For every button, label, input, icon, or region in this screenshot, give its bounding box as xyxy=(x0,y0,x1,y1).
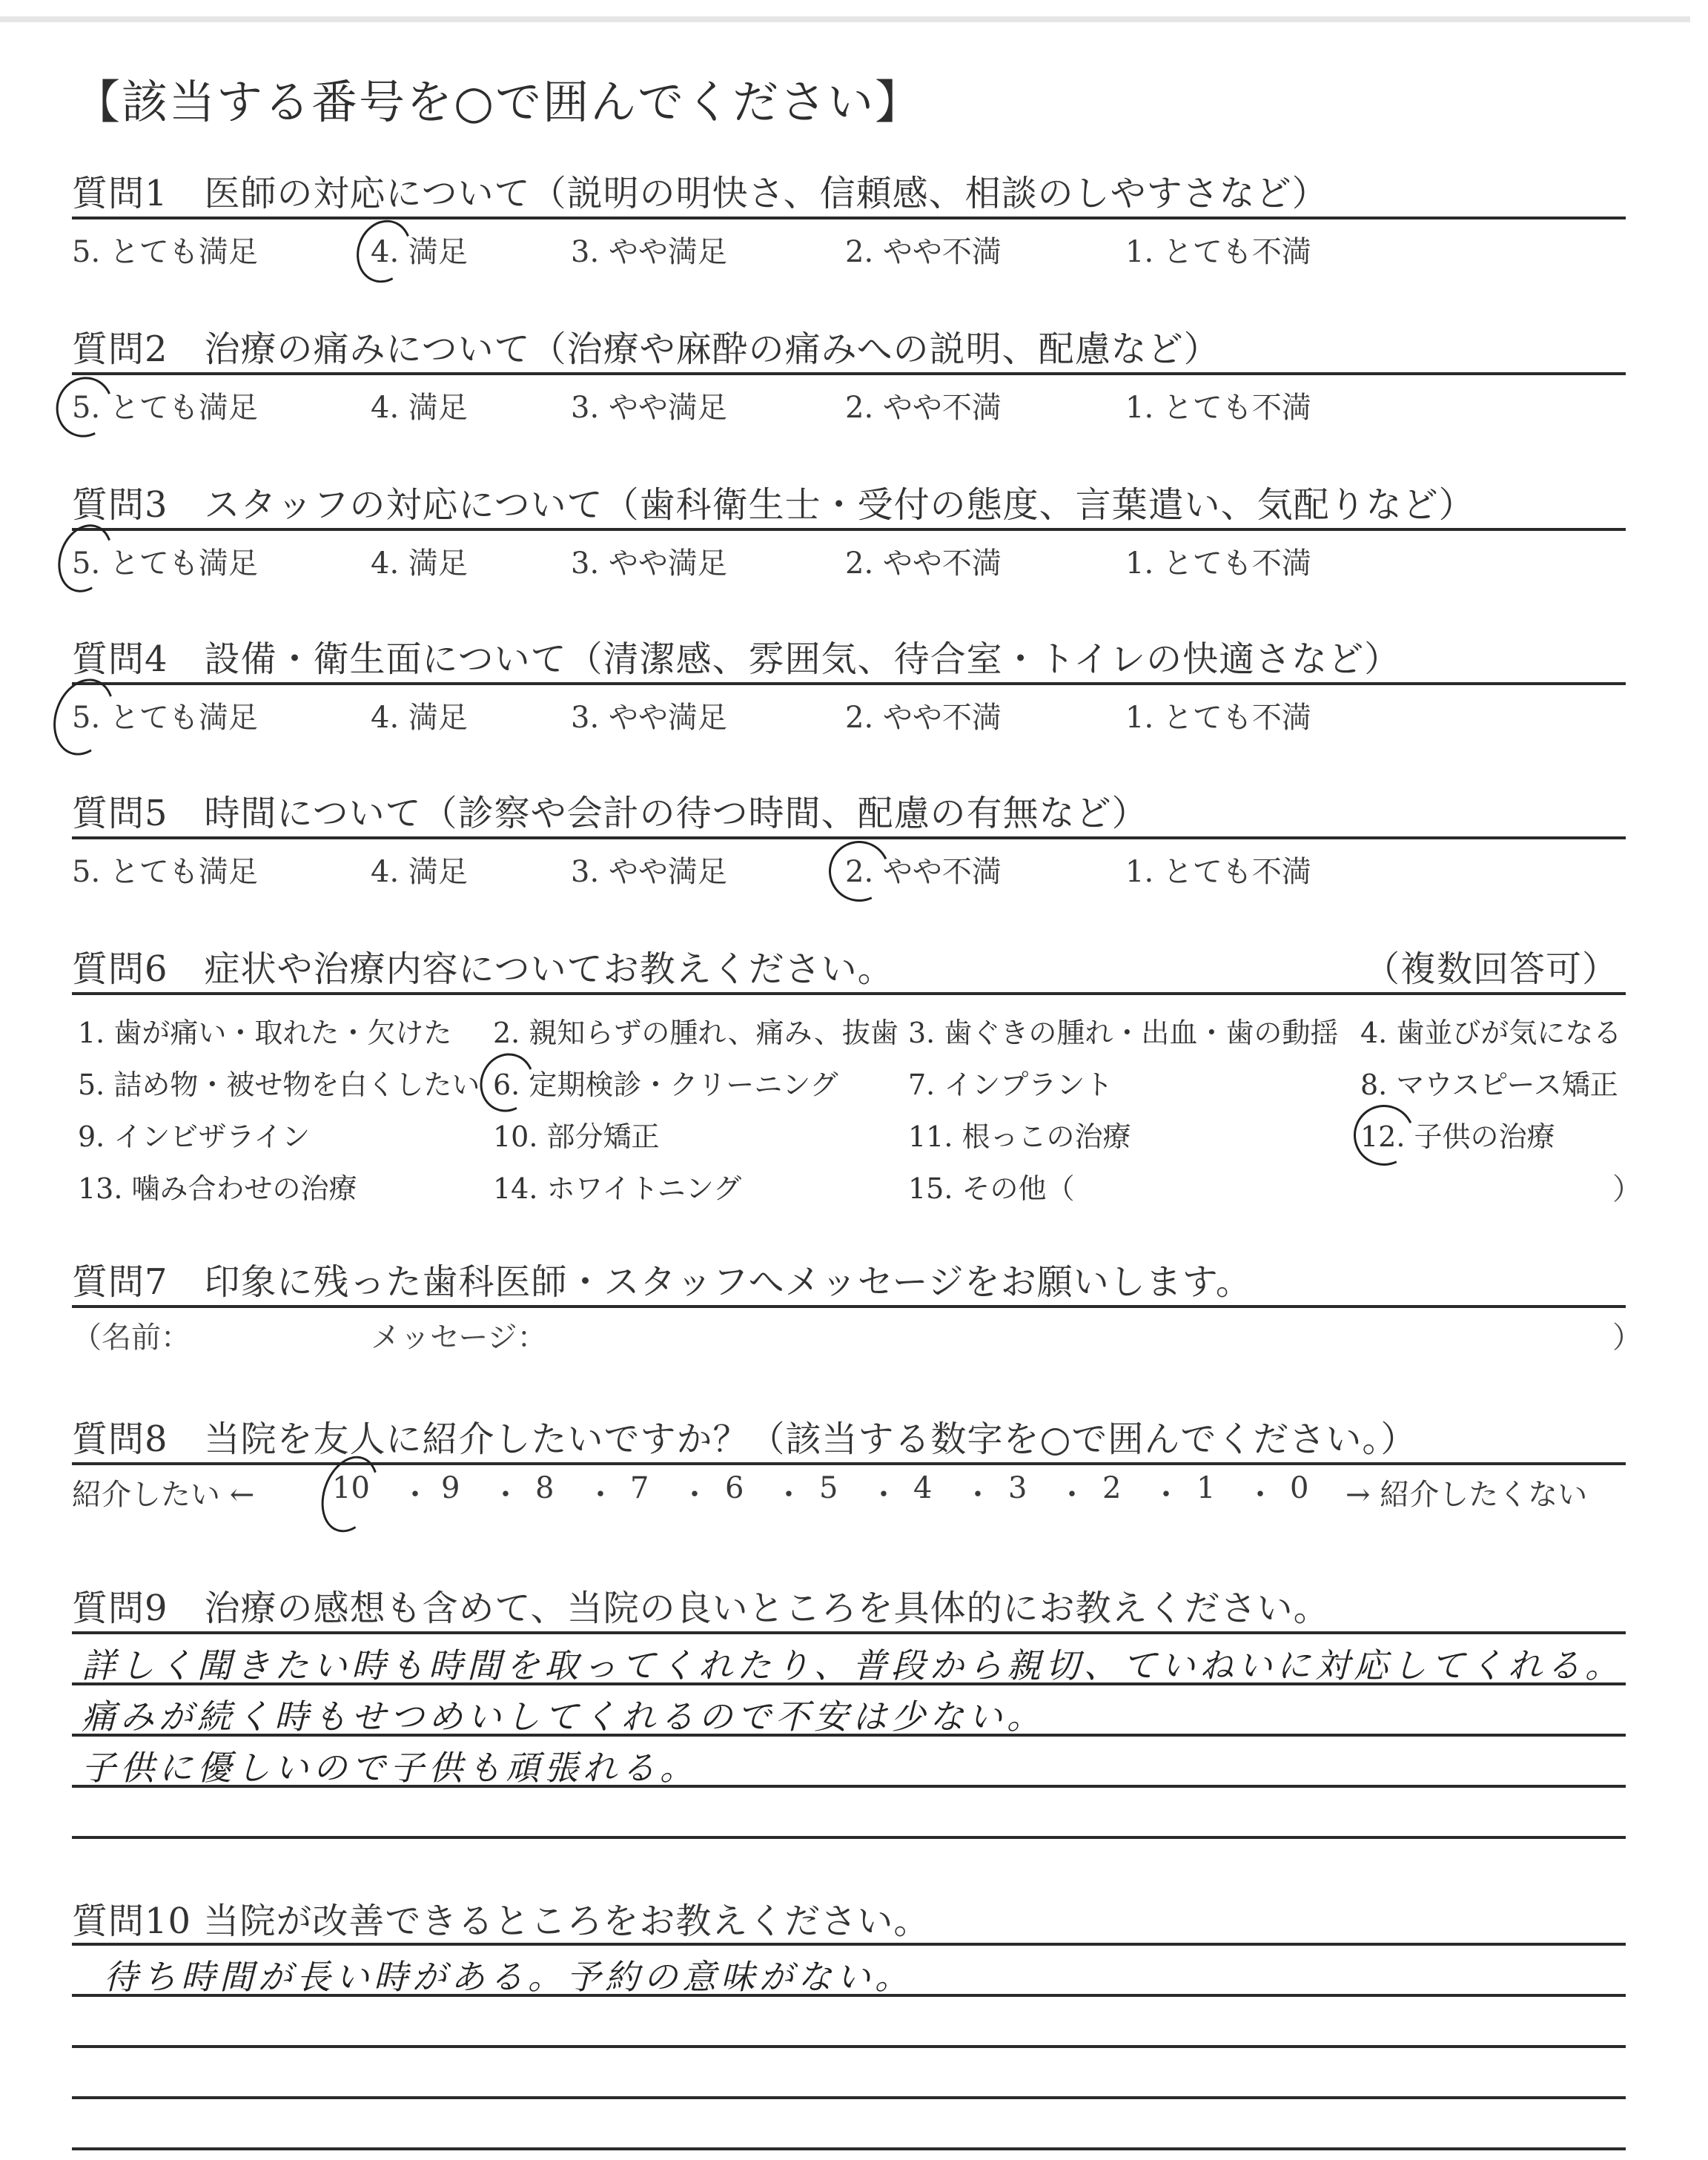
divider xyxy=(72,1462,1626,1465)
scale-dot: ・ xyxy=(869,1471,898,1513)
scan-top-edge xyxy=(0,16,1690,22)
q3-option-3[interactable]: 3. やや満足 xyxy=(571,540,727,582)
scale-5[interactable]: 5 xyxy=(819,1471,838,1505)
answer-line xyxy=(72,1836,1626,1839)
q4-option-3[interactable]: 3. やや満足 xyxy=(571,694,727,736)
q6-option-6[interactable]: 6. 定期検診・クリーニング xyxy=(493,1062,838,1103)
answer-line xyxy=(72,2045,1626,2048)
name-field[interactable] xyxy=(171,1314,356,1350)
q1-option-2[interactable]: 2. やや不満 xyxy=(845,228,1002,271)
scale-dot: ・ xyxy=(1057,1471,1087,1513)
answer-line xyxy=(72,2147,1626,2150)
scale-dot: ・ xyxy=(774,1471,804,1513)
q2-option-4[interactable]: 4. 満足 xyxy=(371,384,468,426)
scale-1[interactable]: 1 xyxy=(1196,1471,1215,1505)
scale-2[interactable]: 2 xyxy=(1102,1471,1121,1505)
selection-circle-icon xyxy=(820,832,898,910)
answer-line xyxy=(72,1734,1626,1737)
question-8-heading: 質問8 当院を友人に紹介したいですか？（該当する数字を○で囲んでください。） xyxy=(72,1410,1417,1462)
answer-line xyxy=(72,1943,1626,1946)
q6-option-14[interactable]: 14. ホワイトニング xyxy=(493,1166,741,1206)
q10-answer-line-1[interactable]: 待ち時間が長い時がある。予約の意味がない。 xyxy=(104,1950,913,1999)
close-paren: ） xyxy=(1612,1314,1642,1356)
q5-option-3[interactable]: 3. やや満足 xyxy=(571,848,727,891)
question-7-heading: 質問7 印象に残った歯科医師・スタッフへメッセージをお願いします。 xyxy=(72,1253,1252,1304)
selection-circle-icon xyxy=(471,1046,542,1120)
q6-option-8[interactable]: 8. マウスピース矯正 xyxy=(1360,1062,1618,1103)
q9-answer-line-2[interactable]: 痛みが続く時もせつめいしてくれるので不安は少ない。 xyxy=(82,1690,1045,1739)
q6-option-7[interactable]: 7. インプラント xyxy=(908,1062,1113,1103)
answer-line xyxy=(72,1631,1626,1634)
q6-option-13[interactable]: 13. 噛み合わせの治療 xyxy=(78,1166,357,1206)
question-3-heading: 質問3 スタッフの対応について（歯科衛生士・受付の態度、言葉遣い、気配りなど） xyxy=(72,476,1475,527)
divider xyxy=(72,682,1626,685)
q5-option-5[interactable]: 5. とても満足 xyxy=(72,848,258,891)
multiple-answers-note: （複数回答可） xyxy=(1364,940,1618,991)
scale-dot: ・ xyxy=(963,1471,993,1513)
divider xyxy=(72,836,1626,839)
q2-option-1[interactable]: 1. とても不満 xyxy=(1125,384,1311,426)
q9-answer-line-1[interactable]: 詳しく聞きたい時も時間を取ってくれたり、普段から親切、ていねいに対応してくれる。 xyxy=(82,1639,1623,1688)
q6-option-2[interactable]: 2. 親知らずの腫れ、痛み、抜歯 xyxy=(493,1010,898,1051)
question-2-heading: 質問2 治療の痛みについて（治療や麻酔の痛みへの説明、配慮など） xyxy=(72,320,1220,371)
q6-option-4[interactable]: 4. 歯並びが気になる xyxy=(1360,1010,1621,1051)
selection-circle-icon xyxy=(1345,1096,1423,1174)
recommend-right-label: → 紹介したくない xyxy=(1345,1471,1587,1513)
q6-option-1[interactable]: 1. 歯が痛い・取れた・欠けた xyxy=(78,1010,451,1051)
answer-line xyxy=(72,1994,1626,1997)
divider xyxy=(72,217,1626,219)
message-field[interactable] xyxy=(549,1314,1586,1350)
scale-dot: ・ xyxy=(1245,1471,1275,1513)
selection-circle-icon xyxy=(348,212,420,290)
scale-3[interactable]: 3 xyxy=(1008,1471,1027,1505)
scale-4[interactable]: 4 xyxy=(913,1471,932,1505)
q4-option-1[interactable]: 1. とても不満 xyxy=(1125,694,1311,736)
q6-option-15[interactable]: 15. その他（ xyxy=(908,1166,1075,1206)
q4-option-4[interactable]: 4. 満足 xyxy=(371,694,468,736)
q6-option-5[interactable]: 5. 詰め物・被せ物を白くしたい xyxy=(78,1062,480,1103)
scale-dot: ・ xyxy=(1151,1471,1181,1513)
q2-option-3[interactable]: 3. やや満足 xyxy=(571,384,727,426)
scale-6[interactable]: 6 xyxy=(725,1471,744,1505)
q1-option-3[interactable]: 3. やや満足 xyxy=(571,228,727,271)
q5-option-4[interactable]: 4. 満足 xyxy=(371,848,468,891)
q3-option-2[interactable]: 2. やや不満 xyxy=(845,540,1002,582)
question-1-heading: 質問1 医師の対応について（説明の明快さ、信頼感、相談のしやすさなど） xyxy=(72,165,1328,216)
question-10-heading: 質問10 当院が改善できるところをお教えください。 xyxy=(72,1892,930,1943)
divider xyxy=(72,372,1626,375)
scale-dot: ・ xyxy=(680,1471,709,1513)
divider xyxy=(72,1305,1626,1308)
q9-answer-line-3[interactable]: 子供に優しいので子供も頑張れる。 xyxy=(82,1741,698,1790)
question-4-heading: 質問4 設備・衛生面について（清潔感、雰囲気、待合室・トイレの快適さなど） xyxy=(72,630,1400,681)
question-6-heading: 質問6 症状や治療内容についてお教えください。 xyxy=(72,940,894,991)
recommend-left-label: 紹介したい ← xyxy=(72,1471,254,1513)
scale-dot: ・ xyxy=(400,1471,430,1513)
other-close-paren: ） xyxy=(1612,1166,1642,1208)
q1-option-5[interactable]: 5. とても満足 xyxy=(72,228,258,271)
question-9-heading: 質問9 治療の感想も含めて、当院の良いところを具体的にお教えください。 xyxy=(72,1579,1330,1631)
divider xyxy=(72,528,1626,531)
scale-dot: ・ xyxy=(586,1471,615,1513)
scale-0[interactable]: 0 xyxy=(1290,1471,1308,1505)
q6-option-3[interactable]: 3. 歯ぐきの腫れ・出血・歯の動揺 xyxy=(908,1010,1338,1051)
answer-line xyxy=(72,1682,1626,1685)
answer-line xyxy=(72,1785,1626,1788)
q5-option-1[interactable]: 1. とても不満 xyxy=(1125,848,1311,891)
message-label: メッセージ： xyxy=(371,1314,547,1356)
q4-option-2[interactable]: 2. やや不満 xyxy=(845,694,1002,736)
q6-option-11[interactable]: 11. 根っこの治療 xyxy=(908,1114,1131,1155)
page-title: 【該当する番号を○で囲んでください】 xyxy=(74,65,922,131)
q2-option-2[interactable]: 2. やや不満 xyxy=(845,384,1002,426)
q3-option-4[interactable]: 4. 満足 xyxy=(371,540,468,582)
question-5-heading: 質問5 時間について（診察や会計の待つ時間、配慮の有無など） xyxy=(72,785,1148,836)
q1-option-1[interactable]: 1. とても不満 xyxy=(1125,228,1311,271)
scale-7[interactable]: 7 xyxy=(630,1471,649,1505)
scale-dot: ・ xyxy=(491,1471,520,1513)
scale-9[interactable]: 9 xyxy=(441,1471,460,1505)
selection-circle-icon xyxy=(47,369,121,445)
q6-option-10[interactable]: 10. 部分矯正 xyxy=(493,1114,660,1155)
q6-option-9[interactable]: 9. インビザライン xyxy=(78,1114,310,1155)
divider xyxy=(72,992,1626,995)
answer-line xyxy=(72,2096,1626,2099)
scale-8[interactable]: 8 xyxy=(535,1471,554,1505)
q3-option-1[interactable]: 1. とても不満 xyxy=(1125,540,1311,582)
